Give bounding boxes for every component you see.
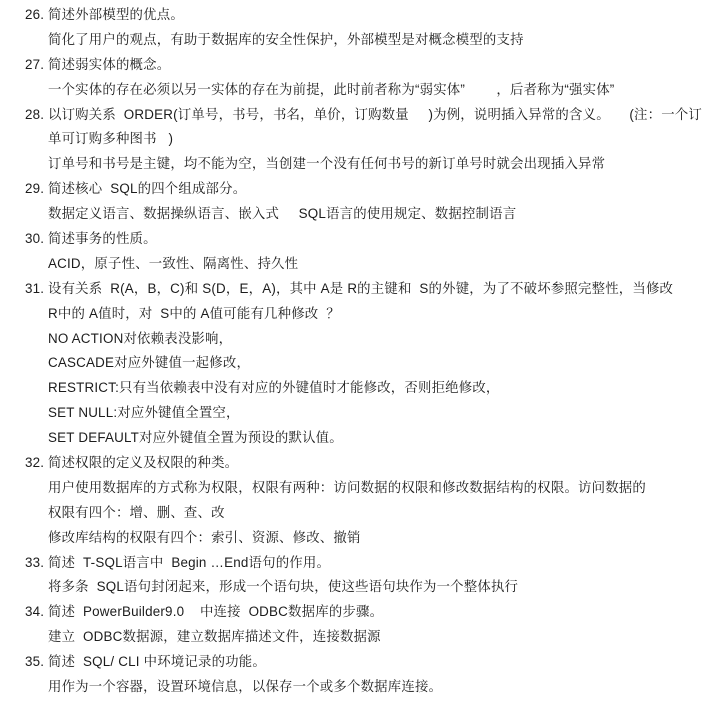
question-line: 单可订购多种图书 ) xyxy=(0,127,717,152)
answer-text: NO ACTION对依赖表没影响， xyxy=(48,327,232,352)
answer-text: 用户使用数据库的方式称为权限，权限有两种：访问数据的权限和修改数据结构的权限。访… xyxy=(48,476,646,501)
question-line: 26.简述外部模型的优点。 xyxy=(0,3,717,28)
answer-line: ACID，原子性、一致性、隔离性、持久性 xyxy=(0,252,717,277)
question-number: 33. xyxy=(25,551,44,576)
answer-text: 一个实体的存在必须以另一实体的存在为前提，此时前者称为“弱实体” ，后者称为“强… xyxy=(48,78,614,103)
question-text: 简述 T-SQL语言中 Begin …End语句的作用。 xyxy=(48,551,330,576)
answer-line: NO ACTION对依赖表没影响， xyxy=(0,327,717,352)
question-number: 26. xyxy=(25,3,44,28)
question-line: 34.简述 PowerBuilder9.0 中连接 ODBC数据库的步骤。 xyxy=(0,600,717,625)
question-line: 27.简述弱实体的概念。 xyxy=(0,53,717,78)
answer-line: 订单号和书号是主键，均不能为空，当创建一个没有任何书号的新订单号时就会出现插入异… xyxy=(0,152,717,177)
question-text: R中的 A值时，对 S中的 A值可能有几种修改 ？ xyxy=(48,302,340,327)
question-number: 31. xyxy=(25,277,44,302)
question-line: 32.简述权限的定义及权限的种类。 xyxy=(0,451,717,476)
answer-line: 修改库结构的权限有四个：索引、资源、修改、撤销 xyxy=(0,526,717,551)
answer-text: 订单号和书号是主键，均不能为空，当创建一个没有任何书号的新订单号时就会出现插入异… xyxy=(48,152,605,177)
answer-text: 数据定义语言、数据操纵语言、嵌入式 SQL语言的使用规定、数据控制语言 xyxy=(48,202,516,227)
answer-text: 将多条 SQL语句封闭起来，形成一个语句块，使这些语句块作为一个整体执行 xyxy=(48,575,518,600)
answer-text: 修改库结构的权限有四个：索引、资源、修改、撤销 xyxy=(48,526,361,551)
question-number: 27. xyxy=(25,53,44,78)
question-text: 简述 PowerBuilder9.0 中连接 ODBC数据库的步骤。 xyxy=(48,600,383,625)
answer-line: 一个实体的存在必须以另一实体的存在为前提，此时前者称为“弱实体” ，后者称为“强… xyxy=(0,78,717,103)
question-number: 35. xyxy=(25,650,44,675)
question-line: 35.简述 SQL/ CLI 中环境记录的功能。 xyxy=(0,650,717,675)
answer-text: 简化了用户的观点，有助于数据库的安全性保护，外部模型是对概念模型的支持 xyxy=(48,28,524,53)
answer-line: 将多条 SQL语句封闭起来，形成一个语句块，使这些语句块作为一个整体执行 xyxy=(0,575,717,600)
question-text: 简述事务的性质。 xyxy=(48,227,157,252)
question-line: 28.以订购关系 ORDER(订单号，书号，书名，单价，订购数量 )为例，说明插… xyxy=(0,103,717,128)
question-text: 简述权限的定义及权限的种类。 xyxy=(48,451,238,476)
answer-line: CASCADE对应外键值一起修改， xyxy=(0,351,717,376)
question-text: 以订购关系 ORDER(订单号，书号，书名，单价，订购数量 )为例，说明插入异常… xyxy=(48,103,702,128)
question-number: 32. xyxy=(25,451,44,476)
answer-line: 权限有四个：增、删、查、改 xyxy=(0,501,717,526)
answer-text: ACID，原子性、一致性、隔离性、持久性 xyxy=(48,252,298,277)
question-line: 29.简述核心 SQL的四个组成部分。 xyxy=(0,177,717,202)
answer-line: 数据定义语言、数据操纵语言、嵌入式 SQL语言的使用规定、数据控制语言 xyxy=(0,202,717,227)
answer-text: SET DEFAULT对应外键值全置为预设的默认值。 xyxy=(48,426,343,451)
document-page: 26.简述外部模型的优点。简化了用户的观点，有助于数据库的安全性保护，外部模型是… xyxy=(0,0,717,701)
answer-line: 简化了用户的观点，有助于数据库的安全性保护，外部模型是对概念模型的支持 xyxy=(0,28,717,53)
question-line: 30.简述事务的性质。 xyxy=(0,227,717,252)
question-text: 简述核心 SQL的四个组成部分。 xyxy=(48,177,246,202)
answer-line: RESTRICT:只有当依赖表中没有对应的外键值时才能修改，否则拒绝修改， xyxy=(0,376,717,401)
answer-line: SET NULL:对应外键值全置空， xyxy=(0,401,717,426)
answer-line: SET DEFAULT对应外键值全置为预设的默认值。 xyxy=(0,426,717,451)
answer-text: 建立 ODBC数据源，建立数据库描述文件，连接数据源 xyxy=(48,625,381,650)
answer-line: 建立 ODBC数据源，建立数据库描述文件，连接数据源 xyxy=(0,625,717,650)
question-text: 单可订购多种图书 ) xyxy=(48,127,173,152)
question-number: 30. xyxy=(25,227,44,252)
question-text: 简述外部模型的优点。 xyxy=(48,3,184,28)
question-number: 34. xyxy=(25,600,44,625)
question-line: 33.简述 T-SQL语言中 Begin …End语句的作用。 xyxy=(0,551,717,576)
question-text: 简述弱实体的概念。 xyxy=(48,53,170,78)
question-number: 29. xyxy=(25,177,44,202)
question-text: 简述 SQL/ CLI 中环境记录的功能。 xyxy=(48,650,266,675)
answer-text: RESTRICT:只有当依赖表中没有对应的外键值时才能修改，否则拒绝修改， xyxy=(48,376,500,401)
question-line: 31.设有关系 R(A，B，C)和 S(D，E，A)，其中 A是 R的主键和 S… xyxy=(0,277,717,302)
question-line: R中的 A值时，对 S中的 A值可能有几种修改 ？ xyxy=(0,302,717,327)
answer-text: 用作为一个容器，设置环境信息，以保存一个或多个数据库连接。 xyxy=(48,675,442,700)
answer-line: 用作为一个容器，设置环境信息，以保存一个或多个数据库连接。 xyxy=(0,675,717,700)
answer-line: 用户使用数据库的方式称为权限，权限有两种：访问数据的权限和修改数据结构的权限。访… xyxy=(0,476,717,501)
question-text: 设有关系 R(A，B，C)和 S(D，E，A)，其中 A是 R的主键和 S的外键… xyxy=(48,277,673,302)
qa-list: 26.简述外部模型的优点。简化了用户的观点，有助于数据库的安全性保护，外部模型是… xyxy=(0,3,717,700)
answer-text: CASCADE对应外键值一起修改， xyxy=(48,351,250,376)
question-number: 28. xyxy=(25,103,44,128)
answer-text: 权限有四个：增、删、查、改 xyxy=(48,501,225,526)
answer-text: SET NULL:对应外键值全置空， xyxy=(48,401,240,426)
